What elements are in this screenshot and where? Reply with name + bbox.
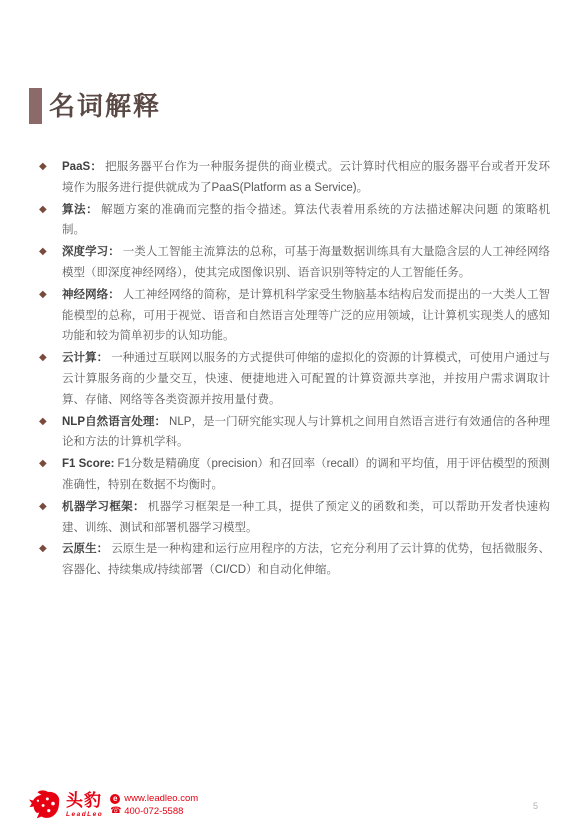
phone-icon: ☎ [110, 806, 120, 817]
term-definition: 把服务器平台作为一种服务提供的商业模式。云计算时代相应的服务器平台或者开发环境作… [62, 161, 550, 194]
term-label: F1 Score: [62, 458, 117, 470]
term-definition: 云原生是一种构建和运行应用程序的方法，它充分利用了云计算的优势，包括微服务、容器… [62, 543, 550, 576]
term-label: 云原生： [62, 543, 111, 555]
brand-subtitle: LeadLeo [66, 811, 103, 818]
glossary-item: ◆ 深度学习：一类人工智能主流算法的总称，可基于海量数据训练具有大量隐含层的人工… [38, 242, 550, 284]
term-label: 神经网络： [62, 289, 123, 301]
diamond-bullet-icon: ◆ [39, 412, 47, 433]
glossary-item: ◆ NLP自然语言处理：NLP，是一门研究能实现人与计算机之间用自然语言进行有效… [38, 412, 550, 454]
brand-name: 头豹 [66, 792, 103, 809]
diamond-bullet-icon: ◆ [39, 285, 47, 306]
term-label: 机器学习框架： [62, 501, 148, 513]
phone-row: ☎ 400-072-5588 [110, 806, 198, 817]
term-definition: 一种通过互联网以服务的方式提供可伸缩的虚拟化的资源的计算模式，可使用户通过与云计… [62, 352, 550, 406]
glossary-list: ◆ PaaS：把服务器平台作为一种服务提供的商业模式。云计算时代相应的服务器平台… [38, 157, 550, 582]
phone-number: 400-072-5588 [124, 806, 183, 817]
diamond-bullet-icon: ◆ [39, 454, 47, 475]
glossary-item: ◆ 算法：解题方案的准确而完整的指令描述。算法代表着用系统的方法描述解决问题 的… [38, 200, 550, 242]
footer-brand-block: 头豹 LeadLeo e www.leadleo.com ☎ 400-072-5… [28, 786, 198, 824]
glossary-item: ◆ 神经网络：人工神经网络的简称，是计算机科学家受生物脑基本结构启发而提出的一大… [38, 285, 550, 347]
term-label: 深度学习： [62, 246, 123, 258]
diamond-bullet-icon: ◆ [39, 200, 47, 221]
diamond-bullet-icon: ◆ [39, 157, 47, 178]
page-title: 名词解释 [49, 88, 161, 124]
glossary-item: ◆ 机器学习框架：机器学习框架是一种工具，提供了预定义的函数和类，可以帮助开发者… [38, 497, 550, 539]
diamond-bullet-icon: ◆ [39, 242, 47, 263]
footer-contact-block: e www.leadleo.com ☎ 400-072-5588 [110, 793, 198, 817]
term-label: NLP自然语言处理： [62, 416, 169, 428]
term-definition: 人工神经网络的简称，是计算机科学家受生物脑基本结构启发而提出的一大类人工智能模型… [62, 289, 550, 343]
title-accent-bar [29, 88, 42, 124]
glossary-item: ◆ 云原生：云原生是一种构建和运行应用程序的方法，它充分利用了云计算的优势，包括… [38, 539, 550, 581]
glossary-item: ◆ F1 Score:F1分数是精确度（precision）和召回率（recal… [38, 454, 550, 496]
term-definition: 一类人工智能主流算法的总称，可基于海量数据训练具有大量隐含层的人工神经网络模型（… [62, 246, 550, 279]
term-label: 云计算： [62, 352, 111, 364]
term-definition: 解题方案的准确而完整的指令描述。算法代表着用系统的方法描述解决问题 的策略机制。 [62, 204, 550, 237]
term-label: PaaS： [62, 161, 105, 173]
section-title-row: 名词解释 [29, 88, 161, 124]
glossary-item: ◆ 云计算：一种通过互联网以服务的方式提供可伸缩的虚拟化的资源的计算模式，可使用… [38, 348, 550, 410]
page-number: 5 [533, 801, 538, 811]
website-url: www.leadleo.com [124, 793, 198, 804]
globe-icon: e [110, 794, 120, 804]
report-page: 名词解释 ◆ PaaS：把服务器平台作为一种服务提供的商业模式。云计算时代相应的… [0, 0, 578, 838]
term-definition: F1分数是精确度（precision）和召回率（recall）的调和平均值，用于… [62, 458, 550, 491]
glossary-item: ◆ PaaS：把服务器平台作为一种服务提供的商业模式。云计算时代相应的服务器平台… [38, 157, 550, 199]
brand-wordmark: 头豹 LeadLeo [66, 792, 103, 818]
diamond-bullet-icon: ◆ [39, 497, 47, 518]
website-row: e www.leadleo.com [110, 793, 198, 804]
leadleo-leopard-logo-icon [28, 789, 62, 821]
diamond-bullet-icon: ◆ [39, 539, 47, 560]
diamond-bullet-icon: ◆ [39, 348, 47, 369]
term-label: 算法： [62, 204, 101, 216]
